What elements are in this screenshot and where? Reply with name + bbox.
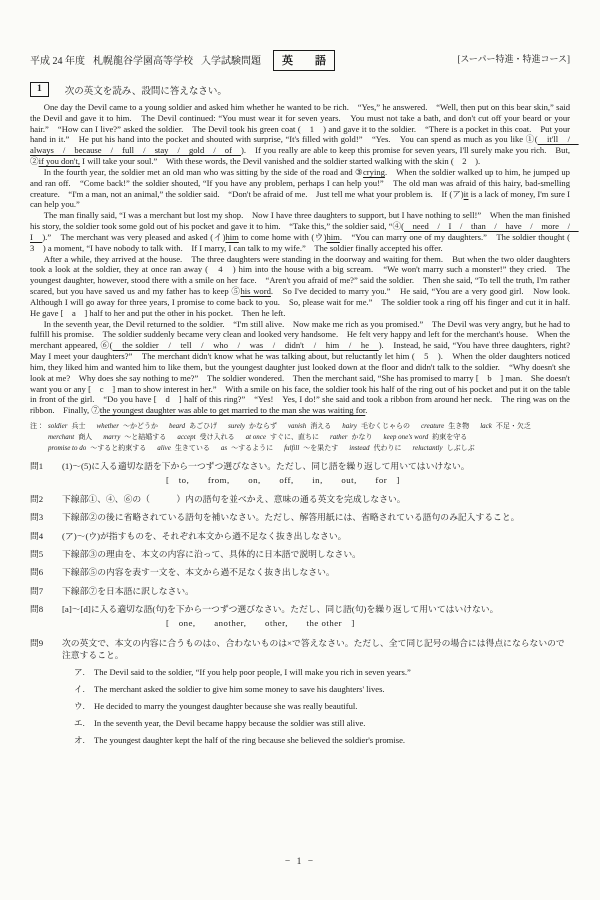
word-bank: [ to, from, on, off, in, out, for ] xyxy=(166,474,570,486)
vocab-item: keep one's word約束を守る xyxy=(384,432,468,443)
passage-text: ). Instead, he said, “You have three dau… xyxy=(30,340,579,415)
passage-paragraph: After a while, they arrived at the house… xyxy=(30,254,570,319)
vocab-word: alive xyxy=(157,444,171,452)
vocab-word: reluctantly xyxy=(413,444,443,452)
question-8: 問8[a]～[d]に入る適切な語(句)を下から一つずつ選びなさい。ただし、同じ語… xyxy=(30,603,570,631)
question-label: 問8 xyxy=(30,603,62,631)
vocab-meaning: 生き物 xyxy=(448,422,469,430)
option-label: ウ. xyxy=(74,700,94,712)
vocabulary-notes: 注： soldier兵士whether～かどうかbeardあごひげsurelyか… xyxy=(30,421,570,454)
question-text: (1)～(5)に入る適切な語を下から一つずつ選びなさい。ただし、同じ語を繰り返し… xyxy=(62,460,570,472)
question-text: 下線部③の理由を、本文の内容に沿って、具体的に日本語で説明しなさい。 xyxy=(62,548,570,560)
vocab-word: surely xyxy=(228,422,245,430)
question-label: 問6 xyxy=(30,566,62,578)
question-7: 問7下線部⑦を日本語に訳しなさい。 xyxy=(30,585,570,597)
question-text: 下線部①、④、⑥の（ ）内の語句を並べかえ、意味の通る英文を完成しなさい。 xyxy=(62,493,570,505)
vocab-meaning: 兵士 xyxy=(71,422,85,430)
section-instruction: 次の英文を読み、設問に答えなさい。 xyxy=(65,83,227,97)
question-text: (ア)～(ウ)が指すものを、それぞれ本文から過不足なく抜き出しなさい。 xyxy=(62,530,570,542)
school-name: 札幌龍谷学園高等学校 xyxy=(93,56,193,67)
vocab-item: beardあごひげ xyxy=(169,421,217,432)
underlined-phrase: crying xyxy=(363,167,385,177)
vocab-meaning: 約束を守る xyxy=(432,433,467,441)
note-line: promise to do～すると約束するalive生きているas～するようにf… xyxy=(48,443,570,454)
exam-paper-page: 平成 24 年度札幌龍谷学園高等学校入学試験問題英 語 [スーパー特進・特進コー… xyxy=(0,0,600,900)
option-text: The merchant asked the soldier to give h… xyxy=(94,683,385,695)
passage-paragraph: One day the Devil came to a young soldie… xyxy=(30,102,570,167)
vocab-word: instead xyxy=(349,444,369,452)
passage-paragraph: In the seventh year, the Devil returned … xyxy=(30,319,570,416)
note-line: merchant商人marry～と結婚するaccept受け入れるat onceす… xyxy=(48,432,570,443)
vocab-word: at once xyxy=(246,433,266,441)
passage-text: . xyxy=(365,405,367,415)
question-text: 下線部⑤の内容を表す一文を、本文から過不足なく抜き出しなさい。 xyxy=(62,566,570,578)
question-body: (1)～(5)に入る適切な語を下から一つずつ選びなさい。ただし、同じ語を繰り返し… xyxy=(62,460,570,488)
question-9: 問9次の英文で、本文の内容に合うものは○、合わないものは×で答えなさい。ただし、… xyxy=(30,637,570,747)
question-1: 問1(1)～(5)に入る適切な語を下から一つずつ選びなさい。ただし、同じ語を繰り… xyxy=(30,460,570,488)
question-option: ウ.He decided to marry the youngest daugh… xyxy=(74,700,570,712)
vocab-meaning: すぐに、直ちに xyxy=(270,433,319,441)
vocab-item: whether～かどうか xyxy=(96,421,158,432)
vocab-word: creature xyxy=(421,422,444,430)
vocab-item: at onceすぐに、直ちに xyxy=(246,432,319,443)
vocab-item: merchant商人 xyxy=(48,432,92,443)
vocab-word: beard xyxy=(169,422,185,430)
option-label: オ. xyxy=(74,734,94,746)
course-label: [スーパー特進・特進コース] xyxy=(457,50,570,65)
exam-type-label: 入学試験問題 xyxy=(201,56,261,67)
question-body: 次の英文で、本文の内容に合うものは○、合わないものは×で答えなさい。ただし、全て… xyxy=(62,637,570,747)
note-line: soldier兵士whether～かどうかbeardあごひげsurelyかならず… xyxy=(48,421,570,432)
reading-passage: One day the Devil came to a young soldie… xyxy=(30,102,570,416)
question-5: 問5下線部③の理由を、本文の内容に沿って、具体的に日本語で説明しなさい。 xyxy=(30,548,570,560)
question-body: [a]～[d]に入る適切な語(句)を下から一つずつ選びなさい。ただし、同じ語(句… xyxy=(62,603,570,631)
vocab-word: as xyxy=(221,444,227,452)
vocab-meaning: ～すると約束する xyxy=(90,444,146,452)
header-title: 平成 24 年度札幌龍谷学園高等学校入学試験問題英 語 xyxy=(30,50,343,71)
vocab-word: merchant xyxy=(48,433,74,441)
vocab-item: instead代わりに xyxy=(349,443,401,454)
question-3: 問3下線部②の後に省略されている語句を補いなさい。ただし、解答用紙には、省略され… xyxy=(30,511,570,523)
vocab-item: soldier兵士 xyxy=(48,421,85,432)
question-label: 問4 xyxy=(30,530,62,542)
vocab-meaning: あごひげ xyxy=(189,422,217,430)
option-label: イ. xyxy=(74,683,94,695)
vocab-meaning: 毛むくじゃらの xyxy=(361,422,410,430)
notes-body: soldier兵士whether～かどうかbeardあごひげsurelyかならず… xyxy=(48,421,570,454)
vocab-word: fulfill xyxy=(284,444,299,452)
option-text: In the seventh year, the Devil became ha… xyxy=(94,717,365,729)
underlined-phrase: the soldier / tell / who / was / didn't … xyxy=(113,340,379,350)
passage-paragraph: The man finally said, “I was a merchant … xyxy=(30,210,570,253)
vocab-item: accept受け入れる xyxy=(177,432,234,443)
vocab-word: hairy xyxy=(342,422,357,430)
page-header: 平成 24 年度札幌龍谷学園高等学校入学試験問題英 語 [スーパー特進・特進コー… xyxy=(30,50,570,71)
vocab-meaning: 生きている xyxy=(175,444,210,452)
passage-text: In the fourth year, the soldier met an o… xyxy=(44,167,363,177)
vocab-item: creature生き物 xyxy=(421,421,469,432)
vocab-item: vanish消える xyxy=(288,421,331,432)
question-label: 問1 xyxy=(30,460,62,488)
vocab-word: keep one's word xyxy=(384,433,429,441)
vocab-item: lack不足・欠乏 xyxy=(480,421,531,432)
vocab-word: rather xyxy=(330,433,348,441)
question-option: オ.The youngest daughter kept the half of… xyxy=(74,734,570,746)
underlined-phrase: if you don't, xyxy=(39,156,80,166)
passage-text: to come home with (ウ) xyxy=(239,232,327,242)
vocab-meaning: 不足・欠乏 xyxy=(496,422,531,430)
question-text: [a]～[d]に入る適切な語(句)を下から一つずつ選びなさい。ただし、同じ語(句… xyxy=(62,603,570,615)
question-body: (ア)～(ウ)が指すものを、それぞれ本文から過不足なく抜き出しなさい。 xyxy=(62,530,570,542)
vocab-meaning: ～かどうか xyxy=(123,422,158,430)
question-label: 問9 xyxy=(30,637,62,747)
section-number-box: 1 xyxy=(30,82,49,97)
vocab-word: marry xyxy=(103,433,120,441)
subject-box: 英 語 xyxy=(273,50,335,71)
vocab-meaning: かならず xyxy=(249,422,277,430)
question-text: 下線部②の後に省略されている語句を補いなさい。ただし、解答用紙には、省略されてい… xyxy=(62,511,570,523)
question-text: 下線部⑦を日本語に訳しなさい。 xyxy=(62,585,570,597)
vocab-item: reluctantlyしぶしぶ xyxy=(413,443,475,454)
vocab-meaning: しぶしぶ xyxy=(447,444,475,452)
era-label: 平成 24 年度 xyxy=(30,56,85,67)
underlined-phrase: the youngest daughter was able to get ma… xyxy=(100,405,365,415)
question-body: 下線部①、④、⑥の（ ）内の語句を並べかえ、意味の通る英文を完成しなさい。 xyxy=(62,493,570,505)
underlined-phrase: him xyxy=(326,232,339,242)
question-4: 問4(ア)～(ウ)が指すものを、それぞれ本文から過不足なく抜き出しなさい。 xyxy=(30,530,570,542)
question-label: 問2 xyxy=(30,493,62,505)
vocab-meaning: ～を果たす xyxy=(303,444,338,452)
question-option: ア.The Devil said to the soldier, “If you… xyxy=(74,666,570,678)
section-heading: 1 次の英文を読み、設問に答えなさい。 xyxy=(30,82,570,97)
page-number: − 1 − xyxy=(0,857,600,867)
vocab-meaning: かなり xyxy=(352,433,373,441)
question-body: 下線部③の理由を、本文の内容に沿って、具体的に日本語で説明しなさい。 xyxy=(62,548,570,560)
vocab-item: as～するように xyxy=(221,443,273,454)
vocab-item: surelyかならず xyxy=(228,421,277,432)
question-text: 次の英文で、本文の内容に合うものは○、合わないものは×で答えなさい。ただし、全て… xyxy=(62,637,570,662)
question-option: エ.In the seventh year, the Devil became … xyxy=(74,717,570,729)
option-text: He decided to marry the youngest daughte… xyxy=(94,700,357,712)
vocab-word: vanish xyxy=(288,422,306,430)
underlined-phrase: him xyxy=(225,232,238,242)
option-label: エ. xyxy=(74,717,94,729)
vocab-word: whether xyxy=(96,422,119,430)
passage-text: I will take your soul.” With these words… xyxy=(80,156,480,166)
vocab-word: soldier xyxy=(48,422,67,430)
vocab-meaning: ～するように xyxy=(231,444,273,452)
questions-list: 問1(1)～(5)に入る適切な語を下から一つずつ選びなさい。ただし、同じ語を繰り… xyxy=(30,460,570,747)
passage-text: One day the Devil came to a young soldie… xyxy=(30,102,570,144)
vocab-word: accept xyxy=(177,433,195,441)
vocab-word: lack xyxy=(480,422,492,430)
question-body: 下線部②の後に省略されている語句を補いなさい。ただし、解答用紙には、省略されてい… xyxy=(62,511,570,523)
vocab-item: marry～と結婚する xyxy=(103,432,166,443)
vocab-item: fulfill～を果たす xyxy=(284,443,338,454)
vocab-meaning: 消える xyxy=(310,422,331,430)
question-label: 問3 xyxy=(30,511,62,523)
passage-text: ).” The merchant was very pleased and as… xyxy=(42,232,225,242)
word-bank: [ one, another, other, the other ] xyxy=(166,617,570,629)
question-option: イ.The merchant asked the soldier to give… xyxy=(74,683,570,695)
notes-label: 注： xyxy=(30,421,48,454)
option-text: The Devil said to the soldier, “If you h… xyxy=(94,666,411,678)
vocab-word: promise to do xyxy=(48,444,86,452)
underlined-phrase: his word xyxy=(241,286,271,296)
vocab-meaning: 代わりに xyxy=(374,444,402,452)
vocab-item: alive生きている xyxy=(157,443,210,454)
vocab-item: ratherかなり xyxy=(330,432,373,443)
option-text: The youngest daughter kept the half of t… xyxy=(94,734,405,746)
passage-paragraph: In the fourth year, the soldier met an o… xyxy=(30,167,570,210)
question-label: 問5 xyxy=(30,548,62,560)
vocab-meaning: ～と結婚する xyxy=(124,433,166,441)
vocab-item: promise to do～すると約束する xyxy=(48,443,146,454)
vocab-item: hairy毛むくじゃらの xyxy=(342,421,410,432)
question-body: 下線部⑦を日本語に訳しなさい。 xyxy=(62,585,570,597)
option-label: ア. xyxy=(74,666,94,678)
question-6: 問6下線部⑤の内容を表す一文を、本文から過不足なく抜き出しなさい。 xyxy=(30,566,570,578)
question-label: 問7 xyxy=(30,585,62,597)
question-2: 問2下線部①、④、⑥の（ ）内の語句を並べかえ、意味の通る英文を完成しなさい。 xyxy=(30,493,570,505)
vocab-meaning: 商人 xyxy=(78,433,92,441)
vocab-meaning: 受け入れる xyxy=(200,433,235,441)
question-body: 下線部⑤の内容を表す一文を、本文から過不足なく抜き出しなさい。 xyxy=(62,566,570,578)
